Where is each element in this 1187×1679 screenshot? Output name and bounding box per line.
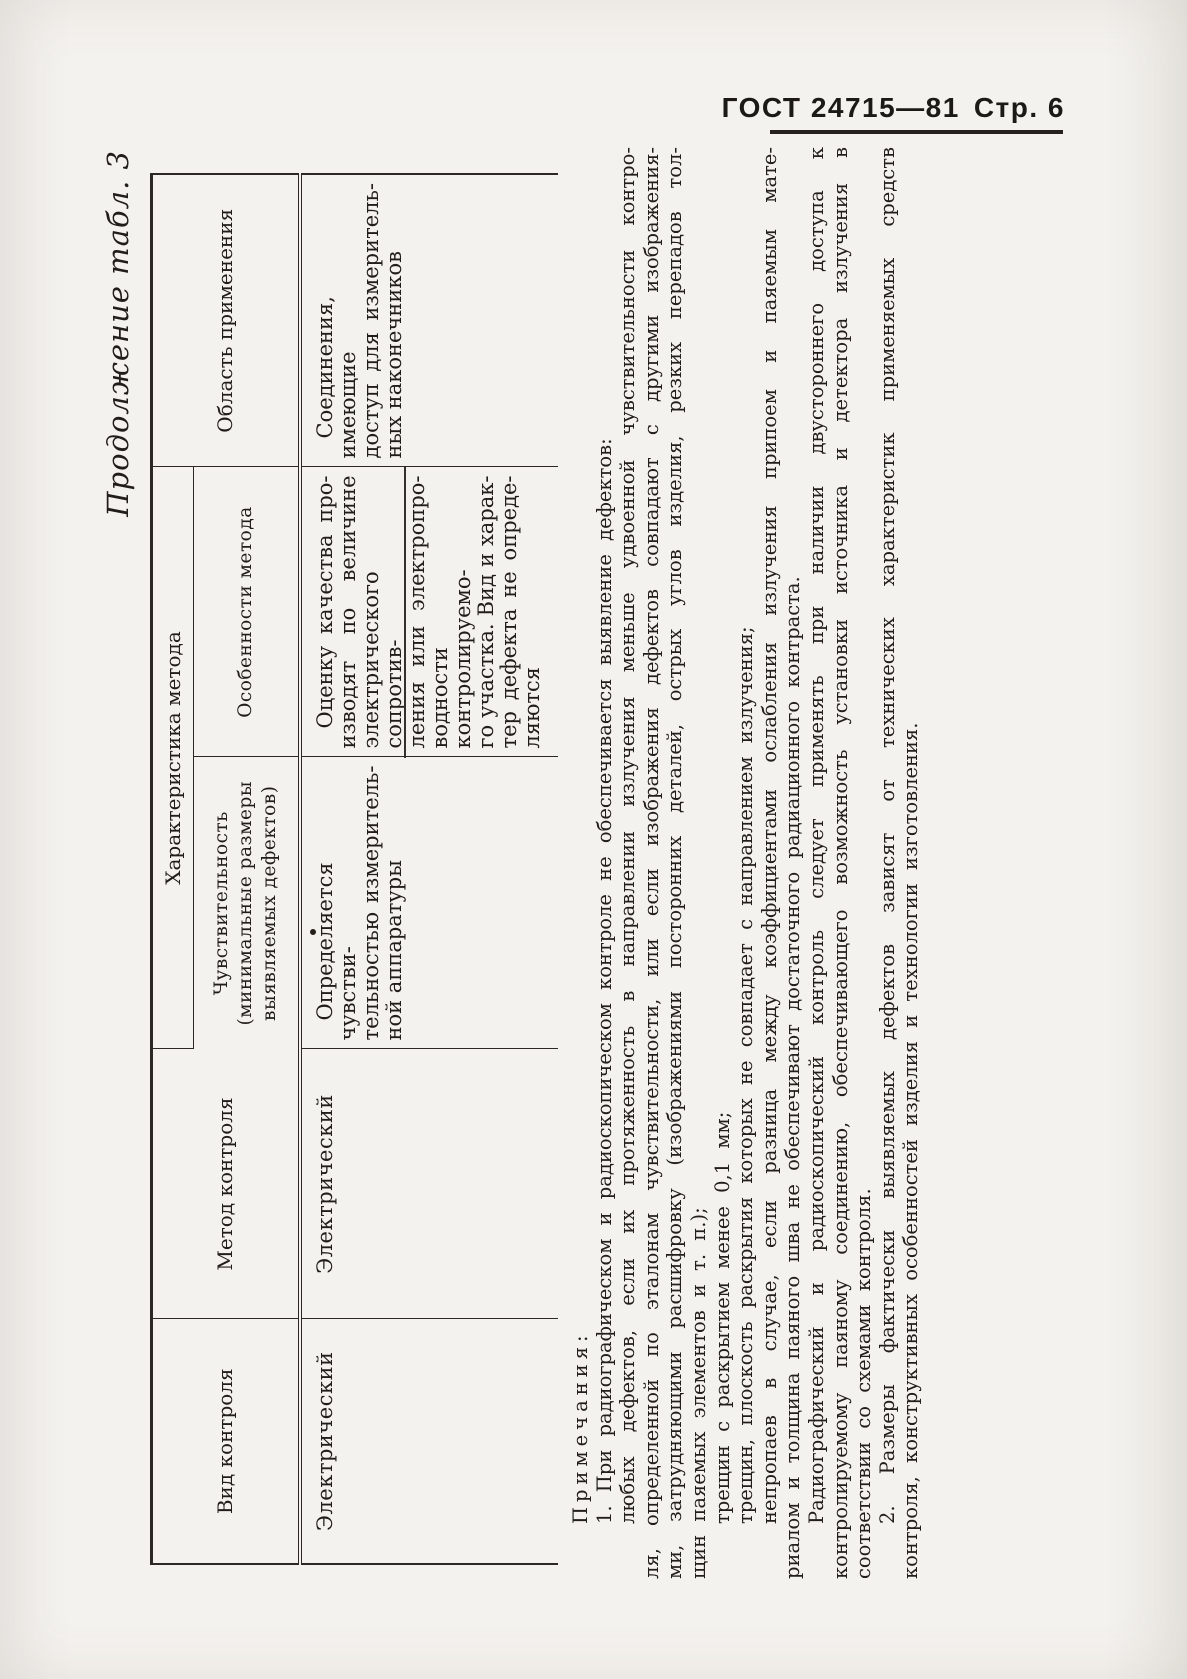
text-line: Радиографический и радиоскопический конт… [805, 147, 829, 1579]
text-line: трещин, плоскость раскрытия которых не с… [734, 147, 758, 1579]
notes-block: Примечания:1. При радиографическом и рад… [569, 147, 923, 1579]
table-continuation-title: Продолжение табл. 3 [101, 150, 135, 517]
text-line: непропаев в случае, если разница между к… [758, 147, 782, 1579]
cell-chuvstvitelnost: Определяется чувстви-тельностью измерите… [300, 757, 558, 1049]
text-line: риалом и толщина паяного шва не обеспечи… [781, 147, 805, 1579]
cell-osobennosti-metoda: Оценку качества про-изводят по величинеэ… [300, 467, 558, 757]
col-header-osobennosti-metoda: Особенности метода [194, 467, 301, 757]
text-line: любых дефектов, если их протяженность в … [616, 147, 640, 1579]
cell-metod-kontrolya: Электрический [300, 1049, 558, 1319]
col-header-harakteristika-metoda: Характеристика метода [152, 467, 194, 1049]
text-line: Определяется чувстви- [314, 766, 360, 1041]
text-line: щин паяемых элементов и т. п.); [687, 147, 711, 1579]
text-line: 2. Размеры фактически выявляемых дефекто… [876, 147, 900, 1579]
text-line: Оценку качества про- [314, 475, 337, 748]
text-line: ных наконечников [383, 183, 406, 459]
col-header-vid-kontrolya: Вид контроля [152, 1319, 301, 1564]
text-line: водности контролируемо- [429, 475, 475, 748]
text-line: тельностью измеритель- [360, 766, 383, 1041]
rotated-sheet: Продолжение табл. 3 Вид контроля Метод к… [95, 130, 1000, 1585]
col-header-oblast-primeneniya: Область применения [152, 174, 301, 467]
text-line: трещин с раскрытием менее 0,1 мм; [711, 147, 735, 1579]
scanned-document-page: ГОСТ 24715—81Стр. 6 Продолжение табл. 3 … [0, 0, 1187, 1679]
control-methods-table: Вид контроля Метод контроля Характеристи… [150, 173, 558, 1565]
text-line: ляются [521, 475, 544, 748]
running-head: ГОСТ 24715—81Стр. 6 [722, 92, 1065, 124]
text-line: изводят по величине [337, 475, 360, 748]
text-line: доступ для измеритель- [360, 183, 383, 459]
table-row: Электрический Электрический Определяется… [300, 174, 558, 1564]
col-header-metod-kontrolya: Метод контроля [152, 1049, 301, 1319]
text-line: контролируемому паяному соединению, обес… [829, 147, 853, 1579]
text-line: го участка. Вид и харак- [475, 475, 498, 748]
text-line: электрического сопротив- [360, 475, 406, 748]
text-line: тер дефекта не опреде- [498, 475, 521, 748]
standard-number: ГОСТ 24715—81 [722, 92, 960, 123]
text-line: Примечания: [569, 147, 593, 1579]
text-line: ной аппаратуры [383, 766, 406, 1041]
print-artifact-dot [310, 929, 316, 935]
cell-vid-kontrolya: Электрический [300, 1319, 558, 1564]
text-line: соответствии со схемами контроля. [852, 147, 876, 1579]
table-header-row-1: Вид контроля Метод контроля Характеристи… [152, 174, 194, 1564]
text-line: ми, затрудняющими расшифровку (изображен… [663, 147, 687, 1579]
cell-oblast-primeneniya: Соединения, имеющиедоступ для измеритель… [300, 174, 558, 467]
text-line: 1. При радиографическом и радиоскопическ… [593, 147, 617, 1579]
text-line: Соединения, имеющие [314, 183, 360, 459]
table-partial-bottom-rule [404, 467, 406, 758]
page-number: Стр. 6 [974, 92, 1065, 123]
col-header-chuvstvitelnost: Чувствительность (минимальные размеры вы… [194, 757, 301, 1049]
text-line: контроля, конструктивных особенностей из… [899, 147, 923, 1579]
text-line: ля, определенной по эталонам чувствитель… [640, 147, 664, 1579]
text-line: ления или электропро- [406, 475, 429, 748]
